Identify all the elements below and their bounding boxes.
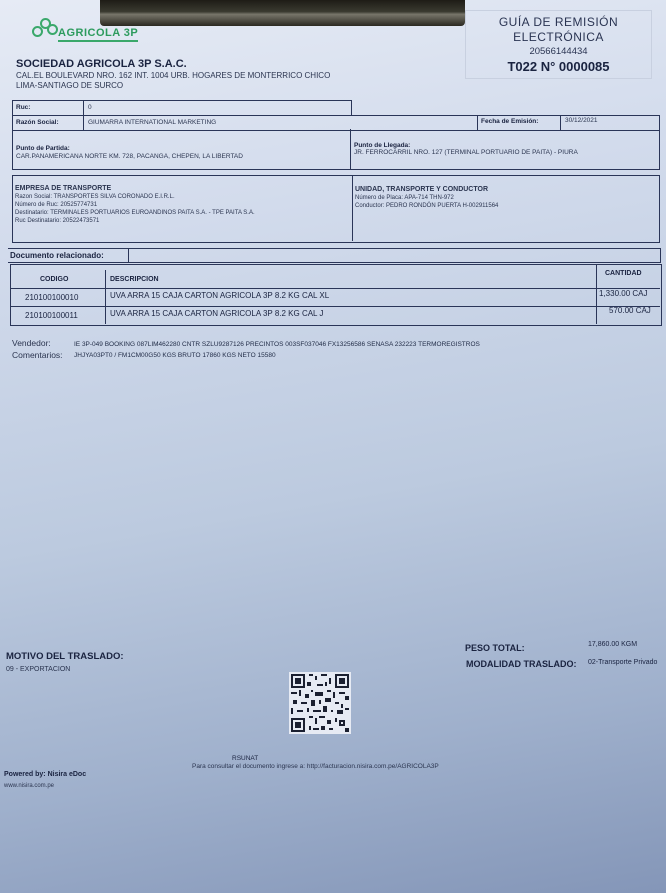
- razon-label: Razón Social:: [16, 119, 59, 126]
- fecha-value: 30/12/2021: [565, 117, 598, 124]
- placa: Número de Placa: APA-714 THN-972: [355, 194, 498, 202]
- guia-header-box: GUÍA DE REMISIÓN ELECTRÓNICA 20566144434…: [465, 10, 652, 79]
- destinatario: Destinatario: TERMINALES PORTUARIOS EURO…: [15, 209, 255, 217]
- transport-details: EMPRESA DE TRANSPORTE Razon Social: TRAN…: [15, 185, 255, 225]
- empresa-title: EMPRESA DE TRANSPORTE: [15, 185, 255, 193]
- consult-url-text[interactable]: Para consultar el documento ingrese a: h…: [192, 763, 439, 770]
- guia-title-1: GUÍA DE REMISIÓN: [466, 15, 651, 30]
- company-name: SOCIEDAD AGRICOLA 3P S.A.C.: [16, 58, 187, 70]
- header-codigo: CODIGO: [40, 276, 68, 283]
- motivo-value: 09 - EXPORTACION: [6, 666, 70, 673]
- ruc-destinatario: Ruc Destinatario: 20522473571: [15, 217, 255, 225]
- client-box: [12, 100, 352, 116]
- comentarios-label: Comentarios:: [12, 349, 63, 361]
- rsunat-label: RSUNAT: [232, 755, 258, 762]
- powered-by: Powered by: Nisira eDoc: [4, 771, 86, 778]
- vendedor-label: Vendedor:: [12, 337, 63, 349]
- company-address: CAL.EL BOULEVARD NRO. 162 INT. 1004 URB.…: [16, 71, 330, 91]
- header-descripcion: DESCRIPCION: [110, 276, 159, 283]
- row-2-cantidad: 570.00 CAJ: [609, 306, 651, 315]
- photo-obstruction: [100, 0, 465, 26]
- company-logo: AGRICOLA 3P: [28, 16, 138, 42]
- items-table: CODIGO DESCRIPCION CANTIDAD 210100100010…: [10, 264, 660, 324]
- motivo-label: MOTIVO DEL TRASLADO:: [6, 651, 124, 662]
- row-1-codigo: 210100100010: [25, 293, 78, 302]
- modalidad-label: MODALIDAD TRASLADO:: [466, 659, 577, 669]
- row-1-cantidad: 1,330.00 CAJ: [599, 289, 647, 298]
- razon-value: GIUMARRA INTERNATIONAL MARKETING: [88, 119, 216, 126]
- guia-number: T022 N° 0000085: [466, 59, 651, 74]
- ruc-value: 0: [88, 104, 92, 111]
- website-link[interactable]: www.nisira.com.pe: [4, 783, 54, 789]
- peso-value: 17,860.00 KGM: [588, 641, 637, 648]
- row-2-codigo: 210100100011: [25, 311, 78, 320]
- peso-label: PESO TOTAL:: [465, 643, 525, 653]
- unidad-title: UNIDAD, TRANSPORTE Y CONDUCTOR: [355, 186, 498, 194]
- partida-value: CAR.PANAMERICANA NORTE KM. 728, PACANGA,…: [16, 153, 243, 160]
- address-line-1: CAL.EL BOULEVARD NRO. 162 INT. 1004 URB.…: [16, 71, 330, 81]
- row-1-descripcion: UVA ARRA 15 CAJA CARTON AGRICOLA 3P 8.2 …: [110, 291, 329, 300]
- notes-labels: Vendedor: Comentarios:: [12, 337, 63, 361]
- llegada-label: Punto de Llegada:: [354, 142, 410, 149]
- logo-text: AGRICOLA 3P: [58, 27, 138, 42]
- guia-ruc: 20566144434: [466, 46, 651, 57]
- transport-ruc: Número de Ruc: 20525774731: [15, 201, 255, 209]
- ruc-label: Ruc:: [16, 104, 30, 111]
- comment-line-2: JHJYA03PT0 / FM1CM00G50 KGS BRUTO 17860 …: [74, 350, 480, 361]
- unidad-details: UNIDAD, TRANSPORTE Y CONDUCTOR Número de…: [355, 186, 498, 210]
- row-2-descripcion: UVA ARRA 15 CAJA CARTON AGRICOLA 3P 8.2 …: [110, 309, 323, 318]
- header-cantidad: CANTIDAD: [605, 270, 642, 277]
- comments-text: IE 3P-049 BOOKING 087LIM462280 CNTR SZLU…: [74, 339, 480, 361]
- leaf-logo-icon: [28, 16, 58, 42]
- comment-line-1: IE 3P-049 BOOKING 087LIM462280 CNTR SZLU…: [74, 339, 480, 350]
- fecha-label: Fecha de Emisión:: [481, 118, 538, 125]
- partida-label: Punto de Partida:: [16, 145, 70, 152]
- doc-relacionado-label: Documento relacionado:: [10, 251, 104, 260]
- address-line-2: LIMA-SANTIAGO DE SURCO: [16, 81, 330, 91]
- llegada-value: JR. FERROCARRIL NRO. 127 (TERMINAL PORTU…: [354, 149, 578, 156]
- guia-title-2: ELECTRÓNICA: [466, 30, 651, 45]
- doc-relacionado-row: [8, 248, 661, 263]
- conductor: Conductor: PEDRO RONDÓN PUERTA H-0029115…: [355, 202, 498, 210]
- modalidad-value: 02-Transporte Privado: [588, 659, 657, 666]
- transport-razon: Razon Social: TRANSPORTES SILVA CORONADO…: [15, 193, 255, 201]
- qr-code-icon: [289, 672, 351, 734]
